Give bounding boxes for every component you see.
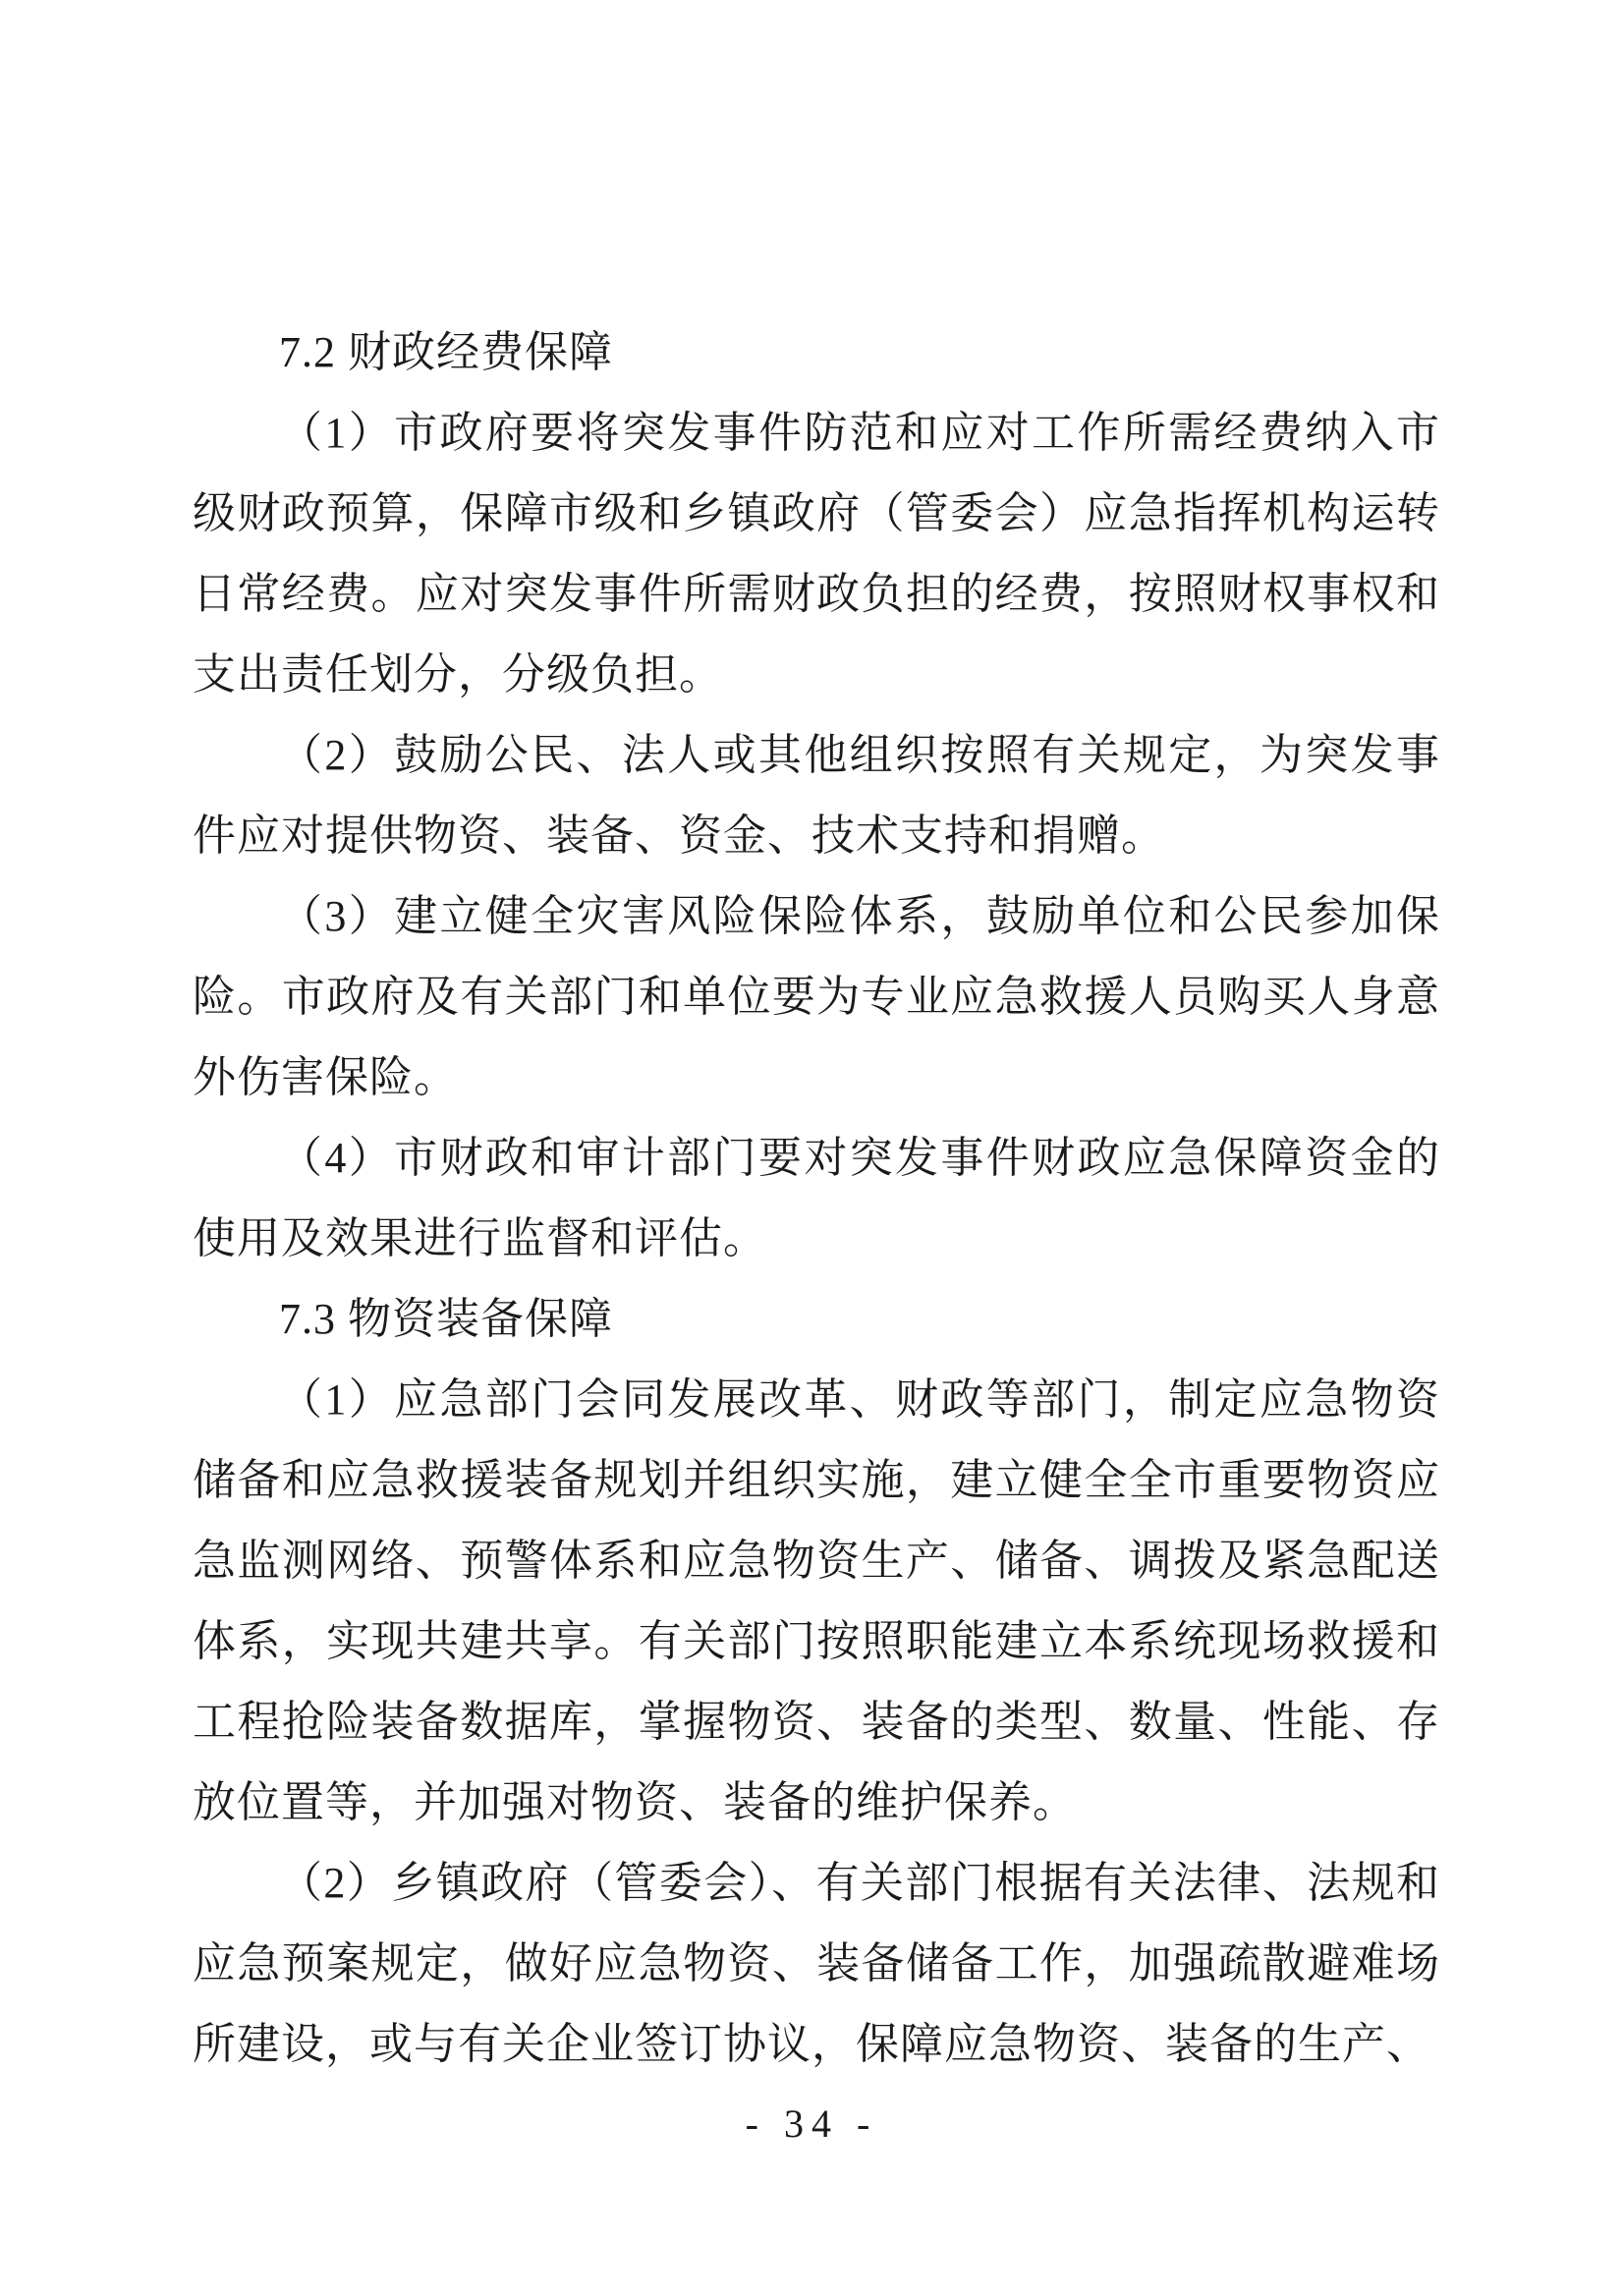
body-paragraph: （1）市政府要将突发事件防范和应对工作所需经费纳入市级财政预算，保障市级和乡镇政… — [193, 393, 1440, 715]
body-paragraph: （4）市财政和审计部门要对突发事件财政应急保障资金的使用及效果进行监督和评估。 — [193, 1118, 1440, 1279]
body-paragraph: （1）应急部门会同发展改革、财政等部门，制定应急物资储备和应急救援装备规划并组织… — [193, 1360, 1440, 1843]
document-body: 7.2 财政经费保障（1）市政府要将突发事件防范和应对工作所需经费纳入市级财政预… — [193, 312, 1440, 2085]
body-paragraph: （2）鼓励公民、法人或其他组织按照有关规定，为突发事件应对提供物资、装备、资金、… — [193, 715, 1440, 876]
body-paragraph: （3）建立健全灾害风险保险体系，鼓励单位和公民参加保险。市政府及有关部门和单位要… — [193, 876, 1440, 1118]
document-page: 7.2 财政经费保障（1）市政府要将突发事件防范和应对工作所需经费纳入市级财政预… — [0, 0, 1623, 2296]
body-paragraph: （2）乡镇政府（管委会）、有关部门根据有关法律、法规和应急预案规定，做好应急物资… — [193, 1843, 1440, 2085]
page-number: - 34 - — [0, 2100, 1623, 2147]
section-heading: 7.3 物资装备保障 — [193, 1279, 1440, 1360]
section-heading: 7.2 财政经费保障 — [193, 312, 1440, 393]
